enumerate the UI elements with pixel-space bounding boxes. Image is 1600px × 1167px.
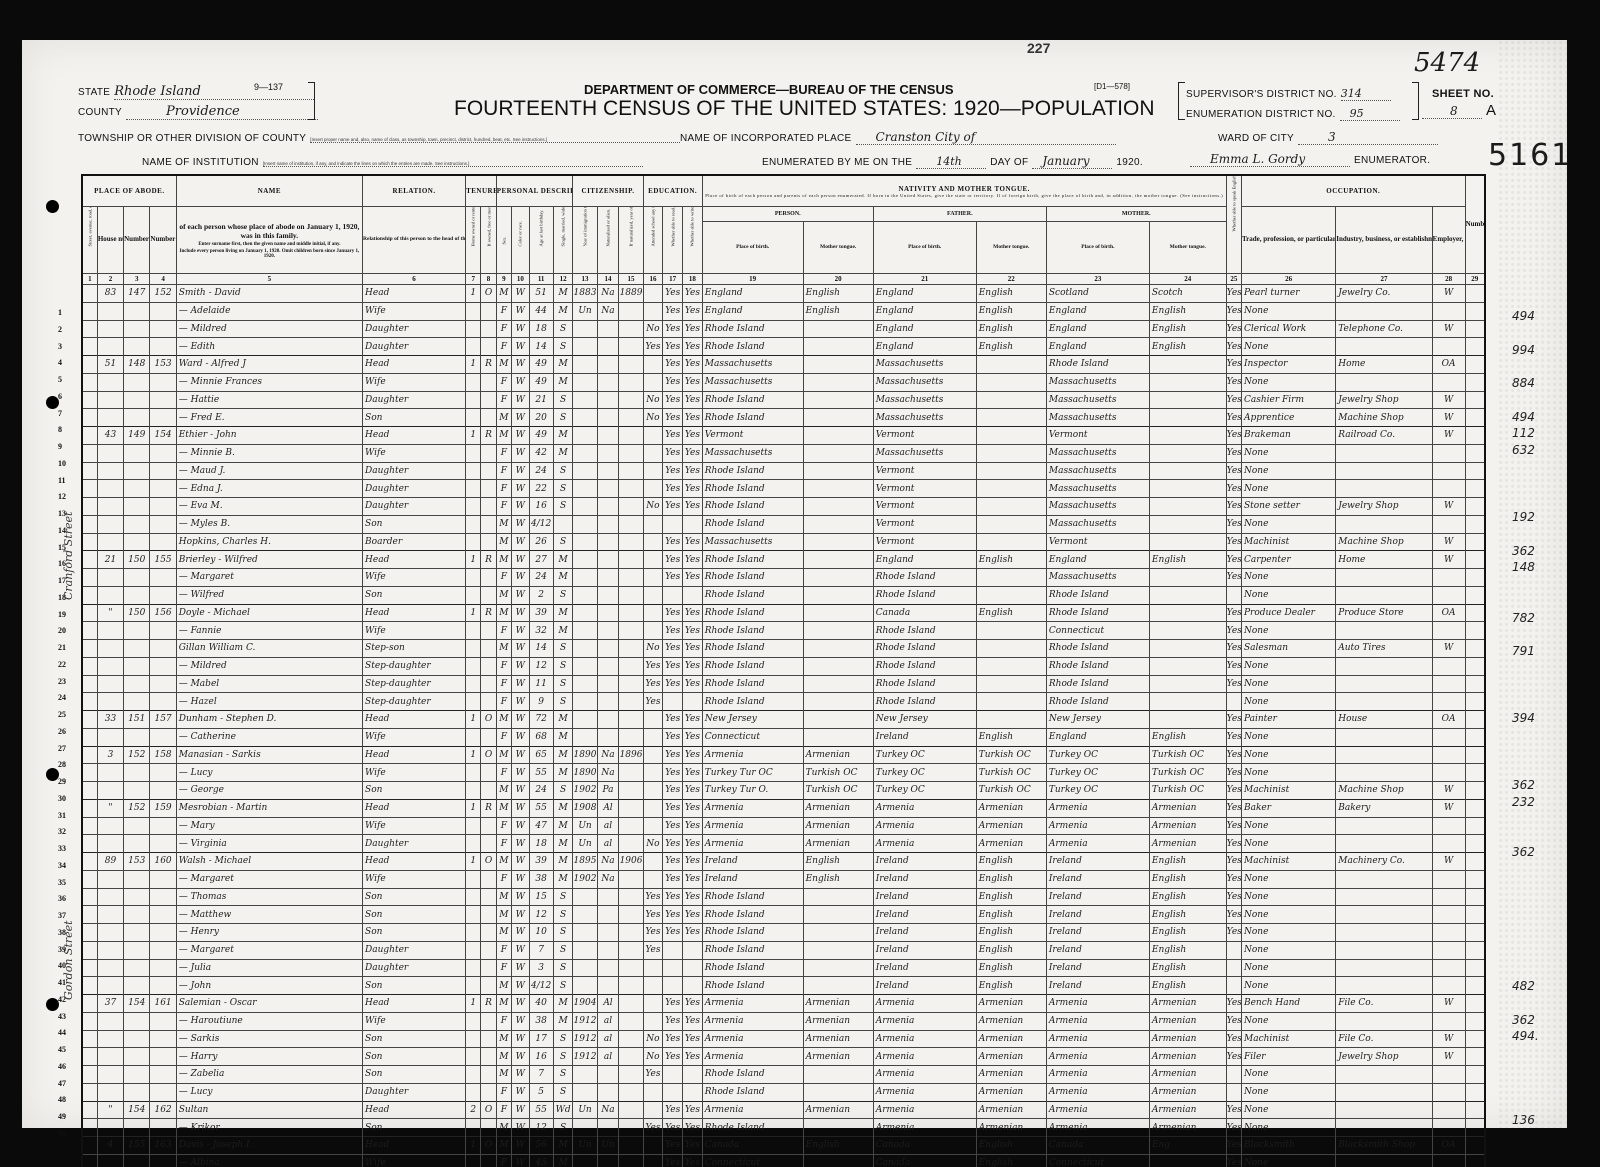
cell-dwelling [124,586,150,604]
cell-farm-schedule [1465,1101,1485,1119]
cell-f-pob: Armenia [873,799,976,817]
cell-m-tongue: English [1149,551,1226,569]
cell-industry: Home [1336,356,1432,374]
cell-write: Yes [683,373,703,391]
cell-m-tongue [1149,444,1226,462]
cell-write: Yes [683,746,703,764]
cell-f-tongue [976,711,1046,729]
cell-trade: None [1241,480,1335,498]
cell-imm [573,551,597,569]
cell-age: 65 [529,746,553,764]
cell-relation: Daughter [363,835,466,853]
cell-free [481,728,496,746]
cell-industry: File Co. [1336,1030,1432,1048]
cell-f-pob: Ireland [873,959,976,977]
cell-school: Yes [643,941,663,959]
cell-dwelling [124,498,150,516]
col-29-header: Number of farm schedule. [1465,175,1485,274]
cell-pob: Armenia [702,799,803,817]
cell-m-pob: Canada [1046,1137,1149,1155]
cell-m-pob: Rhode Island [1046,675,1149,693]
cell-nat [597,498,619,516]
cell-relation: Head [363,427,466,445]
cell-write: Yes [683,498,703,516]
cell-f-pob: England [873,338,976,356]
cell-f-tongue: English [976,924,1046,942]
cell-marital: M [553,622,573,640]
cell-pob: Armenia [702,746,803,764]
cell-race: W [512,799,530,817]
cell-school [643,586,663,604]
cell-read [663,977,683,995]
cell-tongue [803,728,873,746]
cell-name: — Mildred [176,657,362,675]
cell-m-pob: Massachusetts [1046,569,1149,587]
cell-house [97,924,123,942]
cell-m-tongue [1149,604,1226,622]
cell-own [466,728,481,746]
census-row: — JuliaDaughterFW3SRhode IslandIrelandEn… [82,959,1485,977]
cell-free: R [481,604,496,622]
cell-name: — Minnie B. [176,444,362,462]
cell-sex: M [496,782,511,800]
cell-own [466,302,481,320]
cell-industry: Jewelry Co. [1336,285,1432,303]
cell-tongue [803,338,873,356]
cell-house [97,480,123,498]
cell-age: 7 [529,1066,553,1084]
occupation-code: 112 [1512,425,1572,442]
cell-family [150,586,176,604]
cell-english: Yes [1226,1048,1241,1066]
cell-nat [597,977,619,995]
supervisor-district-field: SUPERVISOR'S DISTRICT NO. 314 [1186,84,1391,102]
cell-race: W [512,462,530,480]
census-row: 37154161Salemian - OscarHead1RMW40M1904A… [82,995,1485,1013]
cell-write: Yes [683,1137,703,1155]
cell-tongue: Armenian [803,799,873,817]
cell-emp [1432,941,1465,959]
cell-emp: OA [1432,711,1465,729]
census-row: — MabelStep-daughterFW11SYesYesYesRhode … [82,675,1485,693]
cell-write: Yes [683,1119,703,1137]
cell-house [97,1030,123,1048]
cell-industry [1336,977,1432,995]
cell-relation: Son [363,1048,466,1066]
cell-free [481,870,496,888]
cell-english [1226,693,1241,711]
cell-dwelling [124,533,150,551]
cell-emp [1432,444,1465,462]
cell-natyr [619,1154,643,1167]
cell-school [643,995,663,1013]
cell-dwelling: 155 [124,1137,150,1155]
cell-natyr [619,462,643,480]
cell-marital: S [553,320,573,338]
cell-street [82,924,97,942]
cell-name: — Mildred [176,320,362,338]
census-row: — HattieDaughterFW21SNoYesYesRhode Islan… [82,391,1485,409]
cell-nat: Na [597,302,619,320]
cell-marital: M [553,302,573,320]
cell-marital: S [553,1119,573,1137]
cell-race: W [512,782,530,800]
cell-industry [1336,764,1432,782]
cell-read [663,941,683,959]
incorporated-value: Cranston City of [856,130,1116,145]
cell-farm-schedule [1465,551,1485,569]
cell-f-pob: Armenia [873,1119,976,1137]
cell-sex: F [496,373,511,391]
cell-street [82,320,97,338]
cell-write: Yes [683,1030,703,1048]
cell-own [466,835,481,853]
cell-free: O [481,746,496,764]
cell-school: Yes [643,906,663,924]
cell-own [466,338,481,356]
cell-name: Mesrobian - Martin [176,799,362,817]
line-number: 4 [58,358,78,375]
cell-trade: None [1241,462,1335,480]
cell-write: Yes [683,480,703,498]
cell-f-pob: Rhode Island [873,586,976,604]
cell-m-tongue: Armenian [1149,1083,1226,1101]
cell-trade: Salesman [1241,640,1335,658]
cell-english: Yes [1226,391,1241,409]
cell-free [481,764,496,782]
cell-dwelling: 154 [124,1101,150,1119]
cell-industry [1336,888,1432,906]
cell-relation: Wife [363,444,466,462]
cell-dwelling [124,338,150,356]
cell-marital: S [553,782,573,800]
cell-house: 89 [97,853,123,871]
cell-m-pob: England [1046,302,1149,320]
cell-f-pob: Massachusetts [873,409,976,427]
column-number: 7 [466,274,481,285]
cell-free: O [481,1137,496,1155]
cell-own: 2 [466,1101,481,1119]
cell-m-pob: Ireland [1046,888,1149,906]
cell-free [481,657,496,675]
occupation-code [1512,660,1572,677]
cell-f-tongue: Armenian [976,1048,1046,1066]
cell-free [481,444,496,462]
cell-f-tongue: Armenian [976,817,1046,835]
cell-m-tongue [1149,693,1226,711]
cell-family [150,302,176,320]
occupation-code [1512,1095,1572,1112]
census-row: — JohnSonMW4/12SRhode IslandIrelandEngli… [82,977,1485,995]
cell-english: Yes [1226,356,1241,374]
cell-f-pob: Rhode Island [873,693,976,711]
cell-house: 33 [97,711,123,729]
cell-farm-schedule [1465,444,1485,462]
cell-school: Yes [643,693,663,711]
cell-pob: Canada [702,1137,803,1155]
cell-m-tongue: Armenian [1149,1012,1226,1030]
cell-industry: Railroad Co. [1336,427,1432,445]
cell-free [481,338,496,356]
cell-race: W [512,1083,530,1101]
cell-emp: W [1432,551,1465,569]
state-label: STATE [78,87,110,98]
cell-pob: Rhode Island [702,675,803,693]
cell-f-tongue: Armenian [976,995,1046,1013]
col-10-label: Color or race. [518,235,523,247]
cell-natyr [619,640,643,658]
cell-name: Gillan William C. [176,640,362,658]
cell-f-tongue: English [976,870,1046,888]
col-1-header: Street, avenue, road, etc. [82,207,97,274]
cell-house [97,941,123,959]
cell-farm-schedule [1465,924,1485,942]
cell-f-pob: Armenia [873,1101,976,1119]
cell-nat: Na [597,1101,619,1119]
cell-f-pob: Ireland [873,924,976,942]
ward-label: WARD OF CITY [1218,133,1294,144]
census-row: — HazelStep-daughterFW9SYesRhode IslandR… [82,693,1485,711]
cell-own [466,657,481,675]
cell-dwelling [124,302,150,320]
cell-dwelling [124,782,150,800]
cell-house [97,693,123,711]
cell-relation: Son [363,782,466,800]
line-number: 9 [58,442,78,459]
cell-english: Yes [1226,320,1241,338]
col-8-label: If owned, free or mortgaged. [486,235,491,247]
cell-industry: Home [1336,551,1432,569]
township-field: TOWNSHIP OR OTHER DIVISION OF COUNTY [In… [78,128,688,146]
page-stamp: 227 [1027,40,1050,56]
cell-name: Smith - David [176,285,362,303]
cell-pob: Rhode Island [702,338,803,356]
cell-imm: 1890 [573,746,597,764]
cell-house: 3 [97,746,123,764]
cell-f-pob: Armenia [873,995,976,1013]
cell-natyr [619,391,643,409]
cell-name: Ward - Alfred J [176,356,362,374]
cell-emp: W [1432,285,1465,303]
cell-tongue: English [803,285,873,303]
cell-relation: Wife [363,817,466,835]
cell-house [97,1048,123,1066]
cell-race: W [512,285,530,303]
cell-relation: Son [363,906,466,924]
cell-house [97,462,123,480]
cell-sex: M [496,906,511,924]
cell-free [481,622,496,640]
cell-pob: Rhode Island [702,1119,803,1137]
cell-farm-schedule [1465,1066,1485,1084]
cell-english: Yes [1226,746,1241,764]
cell-english: Yes [1226,924,1241,942]
cell-name: — Adelaide [176,302,362,320]
cell-m-pob: Massachusetts [1046,373,1149,391]
cell-nat [597,693,619,711]
cell-pob: Rhode Island [702,941,803,959]
col-9-label: Sex. [501,235,506,247]
cell-race: W [512,1030,530,1048]
cell-own [466,1154,481,1167]
cell-relation: Daughter [363,498,466,516]
cell-street [82,1012,97,1030]
census-row: — LucyDaughterFW5SRhode IslandArmeniaArm… [82,1083,1485,1101]
cell-write: Yes [683,1154,703,1167]
cell-pob: Connecticut [702,1154,803,1167]
col-6-header: Relationship of this person to the head … [363,207,466,274]
cell-read: Yes [663,799,683,817]
col-14-header: Naturalized or alien. [597,207,619,274]
cell-free: R [481,356,496,374]
cell-street [82,906,97,924]
cell-family: 160 [150,853,176,871]
cell-write: Yes [683,853,703,871]
cell-f-pob: Turkey OC [873,782,976,800]
cell-imm [573,391,597,409]
bracket [308,82,315,120]
cell-emp [1432,746,1465,764]
cell-marital: M [553,870,573,888]
cell-natyr [619,995,643,1013]
cell-emp [1432,462,1465,480]
cell-age: 16 [529,1048,553,1066]
cell-name: — Edith [176,338,362,356]
cell-relation: Wife [363,764,466,782]
cell-read: Yes [663,1137,683,1155]
cell-dwelling [124,977,150,995]
census-row: — Fred E.SonMW20SNoYesYesRhode IslandMas… [82,409,1485,427]
cell-house [97,1066,123,1084]
cell-marital: S [553,1048,573,1066]
cell-farm-schedule [1465,906,1485,924]
cell-age: 32 [529,622,553,640]
col-20-header: Mother tongue. [803,222,873,274]
cell-english: Yes [1226,533,1241,551]
cell-f-pob: Rhode Island [873,569,976,587]
cell-farm-schedule [1465,427,1485,445]
enumerated-year: 1920. [1116,157,1143,168]
cell-trade: None [1241,977,1335,995]
cell-race: W [512,586,530,604]
cell-industry [1336,1012,1432,1030]
cell-imm [573,924,597,942]
cell-house [97,870,123,888]
cell-read: Yes [663,782,683,800]
cell-dwelling [124,1012,150,1030]
cell-farm-schedule [1465,391,1485,409]
cell-emp [1432,977,1465,995]
cell-farm-schedule [1465,480,1485,498]
street-annotation: Cranford Street [62,512,75,600]
cell-pob: Rhode Island [702,924,803,942]
cell-nat [597,1119,619,1137]
census-row: — Minnie FrancesWifeFW49MYesYesMassachus… [82,373,1485,391]
cell-relation: Step-daughter [363,657,466,675]
cell-english: Yes [1226,604,1241,622]
cell-m-tongue [1149,657,1226,675]
cell-age: 44 [529,302,553,320]
cell-house [97,764,123,782]
cell-own [466,906,481,924]
cell-f-pob: England [873,302,976,320]
cell-english: Yes [1226,569,1241,587]
cell-industry [1336,480,1432,498]
cell-sex: F [496,462,511,480]
cell-school: No [643,320,663,338]
cell-free [481,533,496,551]
cell-free [481,693,496,711]
cell-dwelling [124,888,150,906]
occupation-code: 136 [1512,1112,1572,1129]
cell-age: 27 [529,551,553,569]
census-row: — MildredStep-daughterFW12SYesYesYesRhod… [82,657,1485,675]
cell-farm-schedule [1465,373,1485,391]
cell-house: " [97,799,123,817]
cell-emp [1432,924,1465,942]
cell-street [82,764,97,782]
col-24-header: Mother tongue. [1149,222,1226,274]
cell-nat: Na [597,870,619,888]
cell-tongue: Armenian [803,1012,873,1030]
cell-street [82,285,97,303]
cell-dwelling [124,391,150,409]
cell-house [97,888,123,906]
cell-free: R [481,995,496,1013]
cell-farm-schedule [1465,675,1485,693]
cell-natyr [619,302,643,320]
cell-free [481,817,496,835]
cell-sex: M [496,888,511,906]
cell-race: W [512,1137,530,1155]
cell-imm: Un [573,835,597,853]
cell-street [82,835,97,853]
cell-m-tongue: Armenian [1149,1066,1226,1084]
name-description: of each person whose place of abode on J… [179,222,360,240]
cell-family: 163 [150,1137,176,1155]
cell-marital [553,515,573,533]
cell-dwelling: 148 [124,356,150,374]
cell-tongue [803,959,873,977]
cell-m-pob: Armenia [1046,1101,1149,1119]
cell-write: Yes [683,764,703,782]
cell-tongue [803,657,873,675]
cell-street [82,1083,97,1101]
cell-emp [1432,1012,1465,1030]
cell-age: 4/12 [529,977,553,995]
cell-own: 1 [466,285,481,303]
cell-tongue [803,693,873,711]
cell-industry [1336,817,1432,835]
cell-marital: S [553,959,573,977]
cell-pob: New Jersey [702,711,803,729]
cell-imm: 1904 [573,995,597,1013]
cell-house [97,498,123,516]
cell-school [643,1101,663,1119]
cell-m-pob: Rhode Island [1046,356,1149,374]
cell-sex: F [496,480,511,498]
cell-race: W [512,728,530,746]
cell-read: Yes [663,888,683,906]
cell-natyr [619,870,643,888]
occupation-code [1512,476,1572,493]
enumeration-district-field: ENUMERATION DISTRICT NO. 95 [1186,104,1400,122]
census-rows: 83147152Smith - DavidHead1OMW51M1883Na18… [82,285,1485,1167]
cell-trade: Cashier Firm [1241,391,1335,409]
cell-own [466,764,481,782]
group-person: PERSON. [702,207,873,222]
occupation-code: 632 [1512,442,1572,459]
